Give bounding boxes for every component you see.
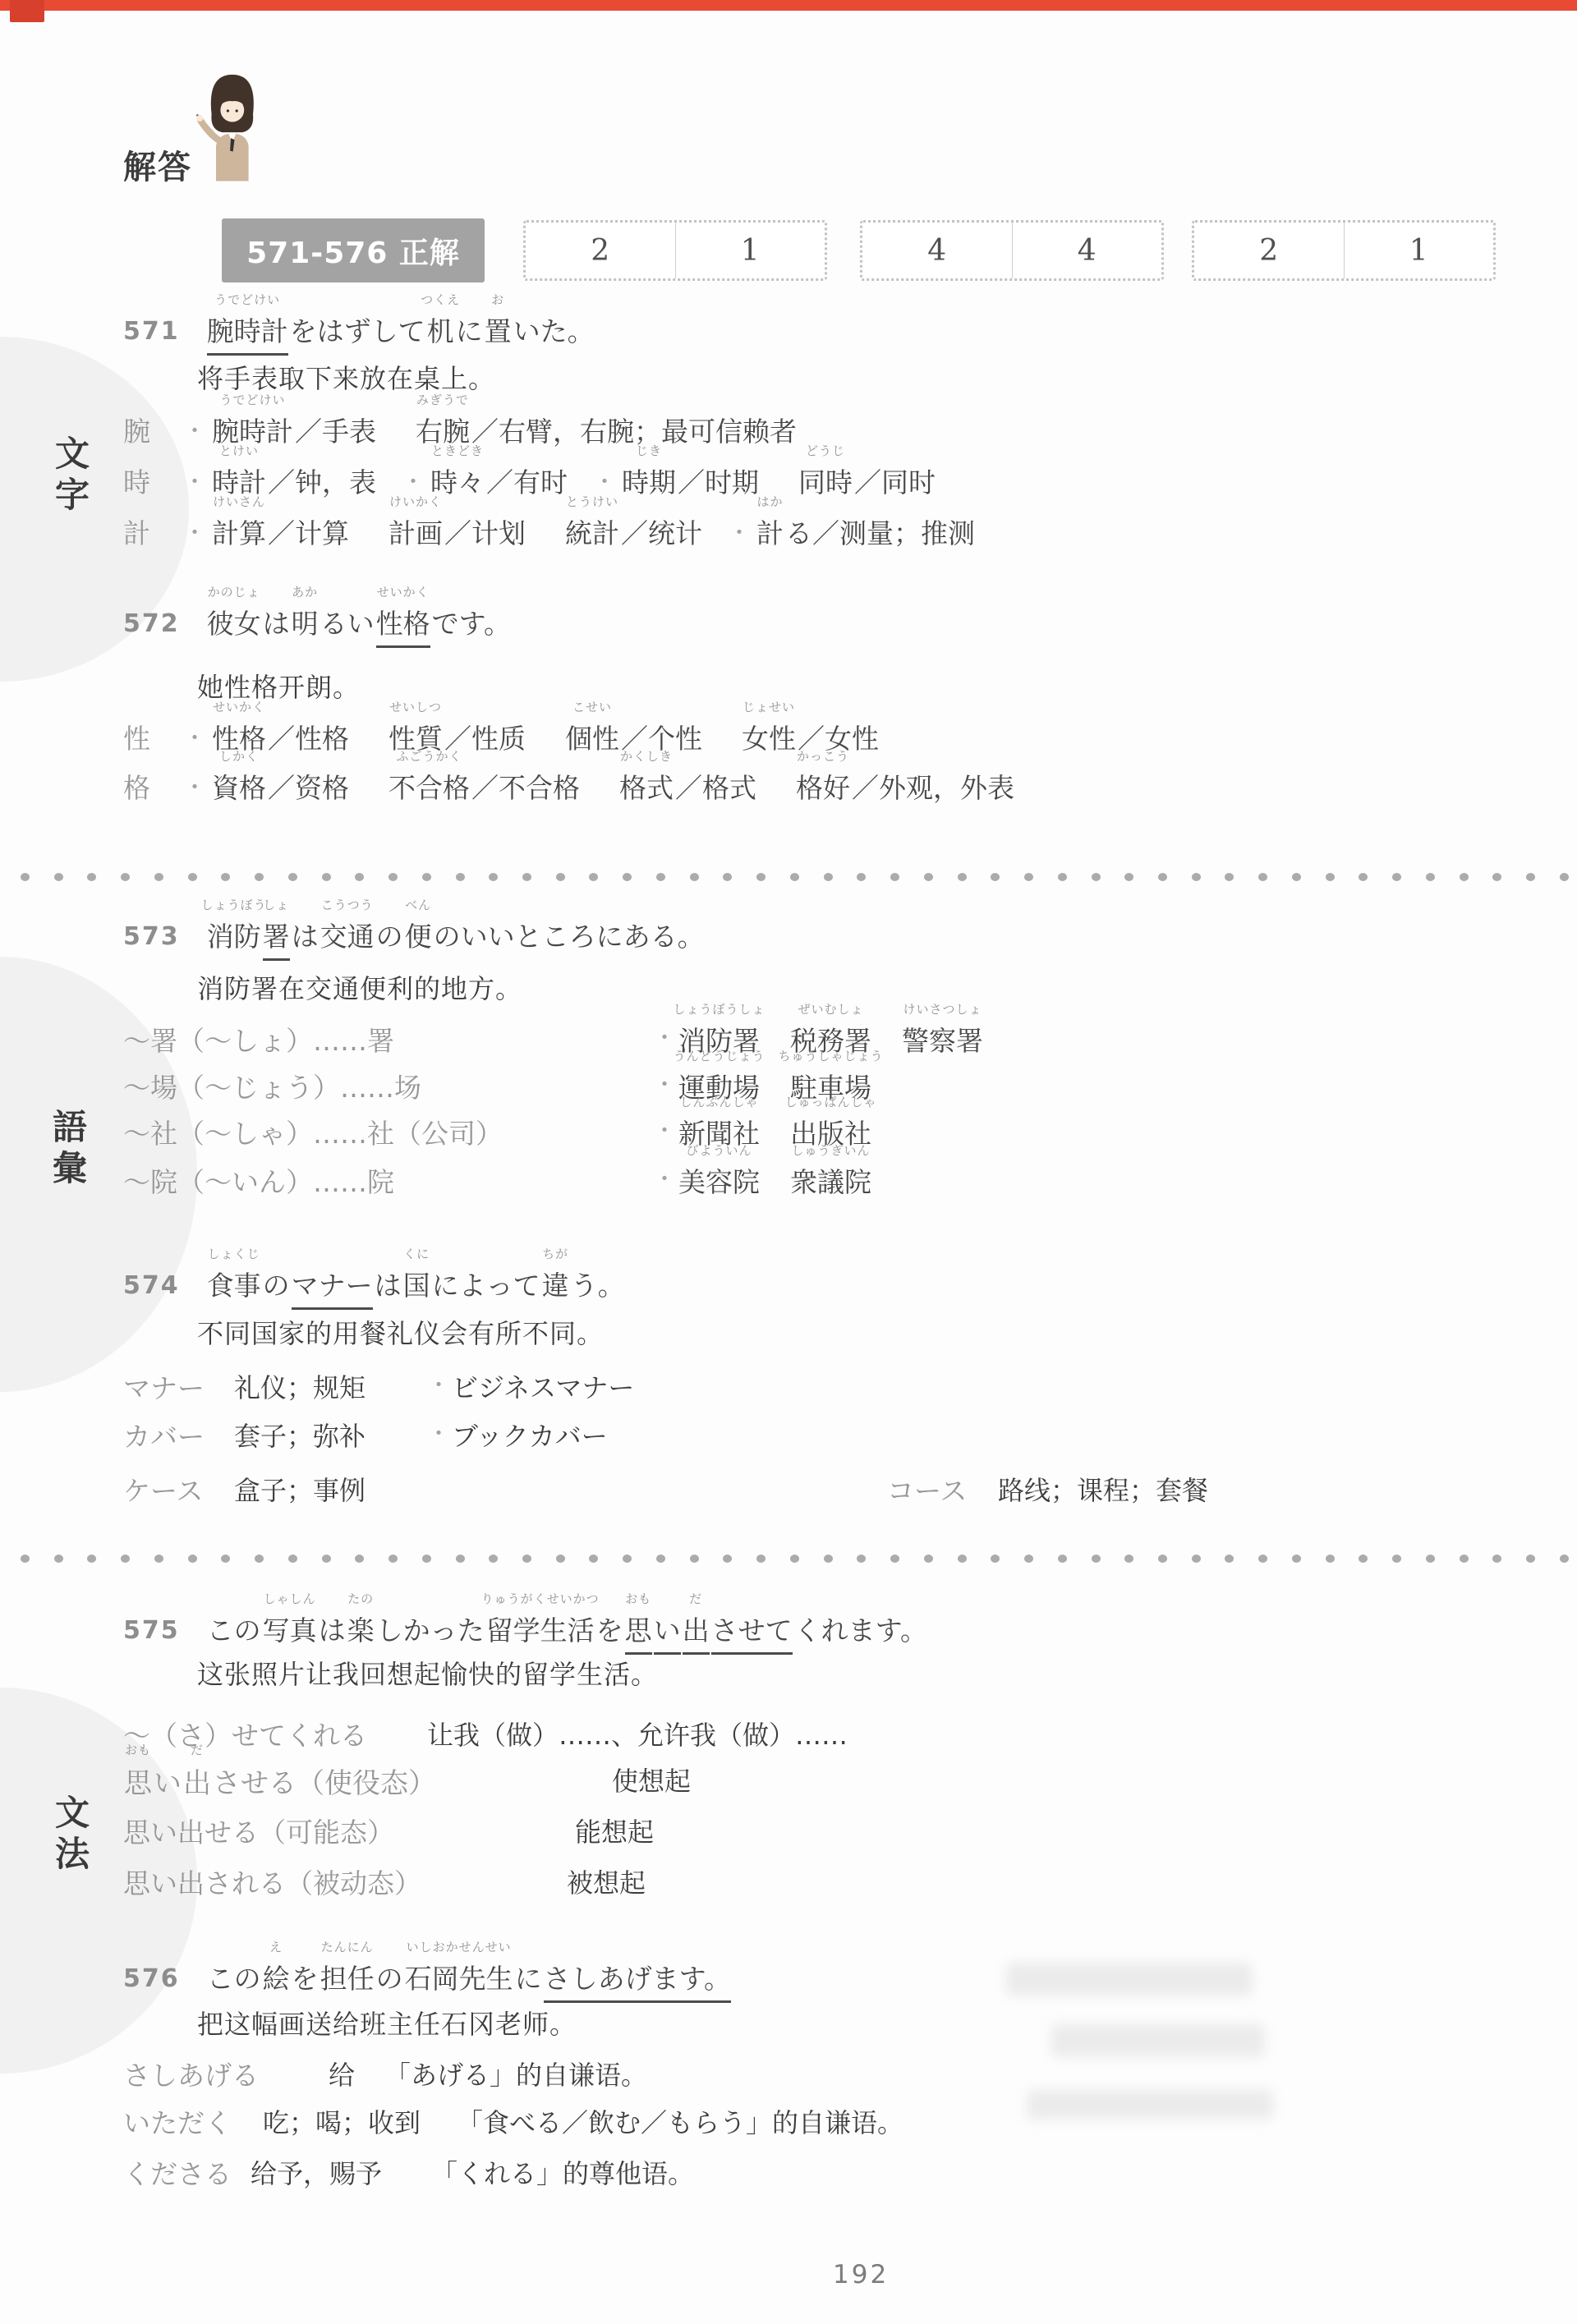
- divider-dot-icon: [958, 873, 967, 881]
- sidebar-tab-moji: 文字: [45, 435, 94, 517]
- divider-dot-icon: [355, 873, 364, 881]
- text-line: 消防署在交通便利的地方。: [197, 968, 522, 1006]
- definition-text: 给予，赐予: [251, 2153, 382, 2191]
- divider-dot-icon: [1124, 873, 1133, 881]
- text-segment: 計算けいさん: [212, 512, 266, 551]
- furigana: こうつう: [321, 896, 374, 913]
- text-segment: マナー: [292, 1265, 373, 1310]
- bullet-icon: ・: [653, 1161, 676, 1194]
- text-segment: ／手表: [295, 411, 376, 449]
- question-number: 576: [123, 1964, 180, 1993]
- vocab-word: 時: [123, 462, 150, 500]
- text-segment: は: [375, 1265, 402, 1303]
- answer-group: 21: [1192, 220, 1496, 281]
- vocab-word: ケース: [123, 1470, 203, 1509]
- divider-dot-icon: [21, 873, 30, 881]
- furigana: とけい: [219, 442, 259, 459]
- divider-dot-icon: [1359, 873, 1368, 881]
- text-segment: ／计划: [444, 512, 526, 551]
- divider-dot-icon: [790, 873, 799, 881]
- text-line: 575この写真しゃしんは楽たのしかった留学生活りゅうがくせいかつを思おもい出ださ…: [123, 1610, 928, 1647]
- text-line: 思い出せる（可能态）能想起: [123, 1812, 394, 1849]
- divider-dot-icon: [322, 1555, 331, 1563]
- furigana: せいかく: [377, 583, 430, 600]
- divider-dot-icon: [288, 873, 297, 881]
- divider-dot-icon: [1560, 1555, 1569, 1563]
- text-segment: この: [207, 1958, 261, 1996]
- divider-dot-icon: [188, 873, 197, 881]
- bullet-icon: ・: [183, 515, 206, 548]
- divider-dot-icon: [1292, 1555, 1301, 1563]
- text-segment: に: [456, 310, 483, 349]
- text-segment: 留学生活りゅうがくせいかつ: [486, 1610, 595, 1648]
- text-segment: この: [207, 1610, 261, 1648]
- vocab-word: ～院（～いん）……院: [123, 1161, 394, 1200]
- divider-dot-icon: [87, 1555, 96, 1563]
- japanese-text: 計算けいさん／计算: [211, 530, 350, 546]
- japanese-text: 彼女かのじょは明あかるい性格せいかくです。: [206, 621, 512, 636]
- furigana: はか: [757, 493, 784, 510]
- furigana: おも: [125, 1741, 151, 1758]
- furigana: しゅうぎいん: [791, 1141, 870, 1159]
- text-segment: 格好かっこう: [796, 767, 850, 806]
- text-segment: の: [376, 916, 403, 954]
- divider-dot-icon: [1560, 873, 1569, 881]
- furigana: うでどけい: [220, 391, 286, 408]
- divider-dot-icon: [857, 1555, 866, 1563]
- vocab-word: 思い出せる（可能态）: [123, 1812, 394, 1850]
- japanese-text: 美容院びよういん 衆議院しゅうぎいん: [678, 1161, 872, 1200]
- divider-dot-icon: [1058, 873, 1067, 881]
- text-line: さしあげる给「あげる」的自谦语。: [123, 2055, 259, 2092]
- question-number: 575: [123, 1616, 180, 1645]
- furigana: たんにん: [321, 1938, 374, 1955]
- definition-text: 「あげる」的自谦语。: [384, 2055, 647, 2092]
- vocab-word: マナー: [123, 1367, 205, 1406]
- furigana: しゃしん: [264, 1590, 316, 1607]
- divider-dot-icon: [1292, 873, 1301, 881]
- divider-dot-icon: [890, 1555, 899, 1563]
- divider-dot-icon: [1426, 1555, 1435, 1563]
- furigana: ちが: [542, 1245, 568, 1262]
- text-line: 571腕時計うでどけいをはずして机つくえに置おいた。: [123, 310, 595, 348]
- text-line: くださる给予，赐予「くれる」的尊他语。: [123, 2153, 232, 2191]
- text-segment: ／钟，表: [268, 462, 376, 500]
- divider-dot-icon: [121, 873, 130, 881]
- bullet-icon: ・: [728, 515, 751, 548]
- dotted-divider: [21, 872, 1569, 881]
- text-line: いただく吃；喝；收到「食べる／飲む／もらう」的自谦语。: [123, 2102, 232, 2140]
- divider-dot-icon: [824, 1555, 833, 1563]
- divider-dot-icon: [1492, 1555, 1501, 1563]
- divider-dot-icon: [288, 1555, 297, 1563]
- text-segment: 思おも: [124, 1761, 152, 1801]
- text-segment: 絵え: [263, 1958, 290, 1996]
- japanese-text: 消防しょうぼう署しょは交通こうつうの便べんのいいところにある。: [206, 934, 706, 949]
- chinese-translation: 这张照片让我回想起愉快的留学生活。: [197, 1654, 658, 1692]
- bullet-icon: ・: [593, 464, 616, 497]
- text-segment: るい: [320, 603, 375, 641]
- japanese-text: この絵えを担任たんにんの石岡先生いしおかせんせいにさしあげます。: [206, 1976, 732, 1991]
- text-segment: 消防しょうぼう: [207, 916, 261, 954]
- japanese-text: 腕時計うでどけいをはずして机つくえに置おいた。: [206, 328, 595, 344]
- divider-dot-icon: [656, 873, 665, 881]
- text-segment: を: [292, 1958, 319, 1996]
- divider-dot-icon: [723, 873, 732, 881]
- text-segment: 明あか: [292, 603, 319, 641]
- divider-dot-icon: [723, 1555, 732, 1563]
- page-title: 解答: [123, 141, 192, 188]
- showthrough-smudge: [1027, 2090, 1273, 2120]
- text-line: 把这幅画送给班主任石冈老师。: [197, 2004, 577, 2042]
- divider-dot-icon: [154, 873, 163, 881]
- question-number: 571: [123, 317, 180, 346]
- furigana: りゅうがくせいかつ: [481, 1590, 600, 1607]
- divider-dot-icon: [188, 1555, 197, 1563]
- furigana: たの: [347, 1590, 374, 1607]
- furigana: かのじょ: [208, 583, 260, 600]
- divider-dot-icon: [991, 1555, 1000, 1563]
- japanese-text: この写真しゃしんは楽たのしかった留学生活りゅうがくせいかつを思おもい出ださせてく…: [206, 1628, 928, 1643]
- question-number: 574: [123, 1271, 180, 1300]
- furigana: しかく: [219, 747, 259, 765]
- divider-dot-icon: [54, 1555, 63, 1563]
- japanese-text: 統計とうけい／统计: [564, 530, 703, 546]
- divider-dot-icon: [1359, 1555, 1368, 1563]
- divider-dot-icon: [1392, 1555, 1401, 1563]
- divider-dot-icon: [1158, 1555, 1167, 1563]
- divider-dot-icon: [1158, 873, 1167, 881]
- divider-dot-icon: [589, 873, 598, 881]
- sidebar-tab-goi: 語彙: [43, 1109, 92, 1191]
- japanese-text: 格好かっこう／外观，外表: [795, 785, 1015, 801]
- furigana: ふごうかく: [397, 747, 462, 765]
- divider-dot-icon: [221, 1555, 230, 1563]
- japanese-text: 時期じき／时期: [621, 480, 760, 495]
- divider-dot-icon: [623, 873, 632, 881]
- answer-value: 4: [1012, 223, 1162, 278]
- divider-dot-icon: [1225, 873, 1234, 881]
- text-line: ケース盒子；事例コース路线；课程；套餐: [123, 1470, 203, 1508]
- text-segment: 交通こうつう: [320, 916, 375, 954]
- divider-dot-icon: [824, 873, 833, 881]
- divider-dot-icon: [1024, 873, 1033, 881]
- text-segment: ／统计: [621, 512, 702, 551]
- text-line: 格・資格しかく／资格不合格ふごうかく／不合格格式かくしき／格式格好かっこう／外观…: [123, 767, 1015, 805]
- showthrough-smudge: [1006, 1963, 1253, 1996]
- furigana: ぜいむしょ: [798, 1000, 863, 1017]
- text-segment: させて: [711, 1610, 793, 1655]
- japanese-text: 不合格ふごうかく／不合格: [388, 785, 581, 801]
- divider-dot-icon: [958, 1555, 967, 1563]
- text-segment: ／有时: [486, 462, 568, 500]
- divider-dot-icon: [924, 873, 933, 881]
- vocab-word: 性: [123, 718, 150, 756]
- text-segment: る／测量；推测: [785, 512, 975, 551]
- divider-dot-icon: [255, 1555, 264, 1563]
- text-segment: は: [292, 916, 319, 954]
- answer-value: 2: [1194, 223, 1344, 278]
- text-segment: 女性じょせい: [742, 718, 796, 756]
- text-segment: 写真しゃしん: [263, 1610, 317, 1648]
- divider-dot-icon: [589, 1555, 598, 1563]
- text-line: マナー礼仪；规矩・ビジネスマナー: [123, 1367, 205, 1405]
- divider-dot-icon: [556, 873, 565, 881]
- answer-value: 2: [526, 223, 675, 278]
- furigana: しょうぼうしょ: [673, 1000, 765, 1017]
- text-segment: 資格しかく: [212, 767, 266, 806]
- bullet-icon: ・: [427, 1416, 450, 1449]
- answer-value: 4: [862, 223, 1012, 278]
- text-line: 576この絵えを担任たんにんの石岡先生いしおかせんせいにさしあげます。: [123, 1958, 732, 1996]
- vocab-word: いただく: [123, 2102, 232, 2141]
- furigana: じき: [636, 442, 662, 459]
- text-segment: 出だ: [683, 1610, 710, 1655]
- teacher-girl-illustration: [194, 64, 268, 187]
- text-line: 574食事しょくじのマナーは国くにによって違ちがう。: [123, 1265, 626, 1302]
- text-segment: 違ちが: [542, 1265, 569, 1303]
- text-segment: [761, 1113, 788, 1151]
- divider-dot-icon: [422, 873, 431, 881]
- text-segment: のいいところにある。: [434, 916, 705, 954]
- definition-text: 「くれる」的尊他语。: [431, 2153, 694, 2191]
- furigana: せいしつ: [389, 698, 442, 715]
- vocab-word: ～社（～しゃ）……社（公司）: [123, 1113, 503, 1151]
- definition-text: 吃；喝；收到: [263, 2102, 421, 2140]
- text-segment: 警察署けいさつしょ: [902, 1020, 983, 1059]
- text-segment: 便べん: [405, 916, 432, 954]
- answer-value: 1: [1344, 223, 1494, 278]
- text-segment: 計はか: [756, 512, 784, 551]
- furigana: うでどけい: [214, 291, 280, 308]
- text-segment: は: [319, 1610, 346, 1648]
- definition-text: ビジネスマナー: [452, 1367, 634, 1405]
- divider-dot-icon: [522, 873, 531, 881]
- divider-dot-icon: [1492, 873, 1501, 881]
- bullet-icon: ・: [183, 720, 206, 753]
- page-number: 192: [833, 2260, 889, 2290]
- divider-dot-icon: [690, 873, 699, 881]
- japanese-text: 計画けいかく／计划: [388, 530, 526, 546]
- divider-dot-icon: [87, 873, 96, 881]
- text-line: 这张照片让我回想起愉快的留学生活。: [197, 1654, 658, 1692]
- text-line: ～（さ）せてくれる让我（做）……、允许我（做）……: [123, 1715, 367, 1752]
- japanese-text: 計はかる／测量；推测: [756, 530, 976, 546]
- text-segment: さしあげます。: [544, 1958, 731, 2003]
- divider-dot-icon: [1526, 1555, 1535, 1563]
- divider-dot-icon: [456, 1555, 465, 1563]
- vocab-word: くださる: [123, 2153, 232, 2192]
- divider-dot-icon: [1058, 1555, 1067, 1563]
- furigana: お: [491, 291, 504, 308]
- text-segment: 衆議院しゅうぎいん: [790, 1161, 871, 1200]
- divider-dot-icon: [355, 1555, 364, 1563]
- text-segment: ／性格: [268, 718, 349, 756]
- text-segment: ／不合格: [471, 767, 580, 806]
- furigana: みぎうで: [416, 391, 469, 408]
- divider-dot-icon: [656, 1555, 665, 1563]
- text-segment: 不合格ふごうかく: [389, 767, 470, 806]
- text-segment: 国くに: [403, 1265, 430, 1303]
- vocab-word: 計: [123, 512, 150, 551]
- text-segment: ／格式: [675, 767, 756, 806]
- text-line: 思おもい出ださせる（使役态）使想起: [123, 1761, 437, 1798]
- text-line: ～場（～じょう）……场・運動場うんどうじょう 駐車場ちゅうしゃじょう: [123, 1067, 421, 1105]
- furigana: けいかく: [389, 493, 442, 510]
- furigana: しんぶんしゃ: [679, 1093, 758, 1110]
- chinese-translation: 消防署在交通便利的地方。: [197, 968, 522, 1006]
- divider-dot-icon: [1326, 873, 1335, 881]
- japanese-text: 時々ときどき／有时: [430, 480, 568, 495]
- text-segment: の: [263, 1265, 290, 1303]
- bullet-icon: ・: [183, 769, 206, 802]
- text-segment: いた。: [513, 310, 595, 349]
- text-segment: 担任たんにん: [320, 1958, 375, 1996]
- divider-dot-icon: [422, 1555, 431, 1563]
- text-segment: 楽たの: [347, 1610, 375, 1648]
- textbook-page: 文字 語彙 文法 解答 571-576 正解 214421 571腕時計うでどけ…: [0, 0, 1577, 2324]
- furigana: しょ: [263, 896, 289, 913]
- bullet-icon: ・: [183, 464, 206, 497]
- bullet-icon: ・: [402, 464, 425, 497]
- text-segment: 性格せいかく: [376, 603, 430, 648]
- text-segment: を: [596, 1610, 623, 1648]
- furigana: けいさつしょ: [903, 1000, 982, 1017]
- text-segment: ／资格: [268, 767, 349, 806]
- divider-dot-icon: [556, 1555, 565, 1563]
- text-segment: 石岡先生いしおかせんせい: [405, 1958, 513, 1996]
- divider-dot-icon: [322, 873, 331, 881]
- vocab-word: ～（さ）せてくれる: [123, 1715, 367, 1753]
- text-segment: 彼女かのじょ: [207, 603, 261, 641]
- answer-group: 21: [523, 220, 827, 281]
- divider-dot-icon: [121, 1555, 130, 1563]
- divider-dot-icon: [1225, 1555, 1234, 1563]
- vocab-word: コース: [887, 1470, 967, 1509]
- divider-dot-icon: [756, 1555, 766, 1563]
- definition-text: 给: [329, 2055, 355, 2092]
- divider-dot-icon: [522, 1555, 531, 1563]
- text-segment: しかった: [376, 1610, 485, 1648]
- text-segment: う。: [571, 1265, 625, 1303]
- vocab-word: 思い出される（被动态）: [123, 1862, 421, 1901]
- furigana: びよういん: [686, 1141, 752, 1159]
- answer-range-label: 571-576 正解: [222, 218, 485, 282]
- japanese-text: 食事しょくじのマナーは国くにによって違ちがう。: [206, 1283, 626, 1298]
- vocab-word: さしあげる: [123, 2055, 259, 2093]
- vocab-word: ～署（～しょ）……署: [123, 1020, 394, 1059]
- vocab-word: 格: [123, 767, 150, 806]
- divider-dot-icon: [1460, 1555, 1469, 1563]
- furigana: どうじ: [806, 442, 845, 459]
- text-segment: 時期じき: [622, 462, 676, 500]
- furigana: しゅっぱんしゃ: [784, 1093, 876, 1110]
- divider-dot-icon: [1024, 1555, 1033, 1563]
- definition-text: 盒子；事例: [234, 1470, 366, 1508]
- divider-dot-icon: [1526, 873, 1535, 881]
- divider-dot-icon: [890, 873, 899, 881]
- question-number: 572: [123, 609, 180, 638]
- vocab-word: 思おもい出ださせる（使役态）: [123, 1761, 437, 1801]
- text-segment: 出だ: [183, 1761, 211, 1801]
- definition-text: 路线；课程；套餐: [998, 1470, 1208, 1508]
- text-line: 572彼女かのじょは明あかるい性格せいかくです。: [123, 603, 512, 641]
- divider-dot-icon: [489, 1555, 498, 1563]
- furigana: おも: [625, 1590, 651, 1607]
- definition-text: 「食べる／飲む／もらう」的自谦语。: [457, 2102, 903, 2140]
- divider-dot-icon: [489, 873, 498, 881]
- chinese-translation: 把这幅画送给班主任石冈老师。: [197, 2004, 577, 2042]
- bullet-icon: ・: [653, 1113, 676, 1146]
- text-segment: ／右臂，右腕；最可信赖者: [471, 411, 797, 449]
- text-line: 不同国家的用餐礼仪会有所不同。: [197, 1313, 604, 1351]
- divider-dot-icon: [924, 1555, 933, 1563]
- divider-dot-icon: [623, 1555, 632, 1563]
- answer-group: 44: [860, 220, 1164, 281]
- furigana: あか: [292, 583, 318, 600]
- bullet-icon: ・: [653, 1067, 676, 1100]
- divider-dot-icon: [255, 873, 264, 881]
- text-segment: 計画けいかく: [389, 512, 443, 551]
- question-number: 573: [123, 922, 180, 951]
- text-segment: 腕時計うでどけい: [207, 310, 288, 356]
- chinese-translation: 不同国家的用餐礼仪会有所不同。: [197, 1313, 604, 1351]
- divider-dot-icon: [456, 873, 465, 881]
- vocab-word: ～場（～じょう）……场: [123, 1067, 421, 1105]
- text-segment: 個性こせい: [565, 718, 619, 756]
- definition-text: ブックカバー: [452, 1416, 608, 1454]
- divider-dot-icon: [790, 1555, 799, 1563]
- definition-text: 能想起: [575, 1812, 654, 1849]
- text-segment: をはずして: [290, 310, 425, 349]
- text-segment: ／外观，外表: [852, 767, 1014, 806]
- text-line: 思い出される（被动态）被想起: [123, 1862, 421, 1900]
- vocab-word: 腕: [123, 411, 150, 449]
- furigana: うんどうじょう: [673, 1047, 765, 1064]
- text-segment: い: [654, 1610, 681, 1655]
- bullet-icon: ・: [427, 1367, 450, 1400]
- divider-dot-icon: [21, 1555, 30, 1563]
- furigana: だ: [689, 1590, 702, 1607]
- divider-dot-icon: [154, 1555, 163, 1563]
- text-segment: に: [515, 1958, 542, 1996]
- divider-dot-icon: [690, 1555, 699, 1563]
- sidebar-tab-bunpo: 文法: [45, 1794, 94, 1876]
- text-segment: ／同时: [854, 462, 936, 500]
- furigana: こせい: [572, 698, 612, 715]
- text-segment: によって: [432, 1265, 540, 1303]
- furigana: しょうぼう: [201, 896, 267, 913]
- page-top-red-trim: [0, 0, 1577, 11]
- divider-dot-icon: [389, 1555, 398, 1563]
- furigana: じょせい: [743, 698, 795, 715]
- divider-dot-icon: [1092, 873, 1101, 881]
- text-line: 573消防しょうぼう署しょは交通こうつうの便べんのいいところにある。: [123, 916, 706, 953]
- furigana: ときどき: [431, 442, 484, 459]
- page-corner-red-mark: [10, 0, 44, 22]
- vocab-word: カバー: [123, 1416, 205, 1454]
- text-segment: させる（使役态）: [213, 1761, 436, 1801]
- bullet-icon: ・: [183, 413, 206, 446]
- furigana: せいかく: [213, 698, 265, 715]
- definition-text: 礼仪；规矩: [234, 1367, 366, 1405]
- showthrough-smudge: [1051, 2024, 1265, 2057]
- divider-dot-icon: [1258, 1555, 1267, 1563]
- furigana: べん: [405, 896, 431, 913]
- furigana: だ: [191, 1741, 204, 1758]
- text-segment: ／计算: [268, 512, 349, 551]
- divider-dot-icon: [1092, 1555, 1101, 1563]
